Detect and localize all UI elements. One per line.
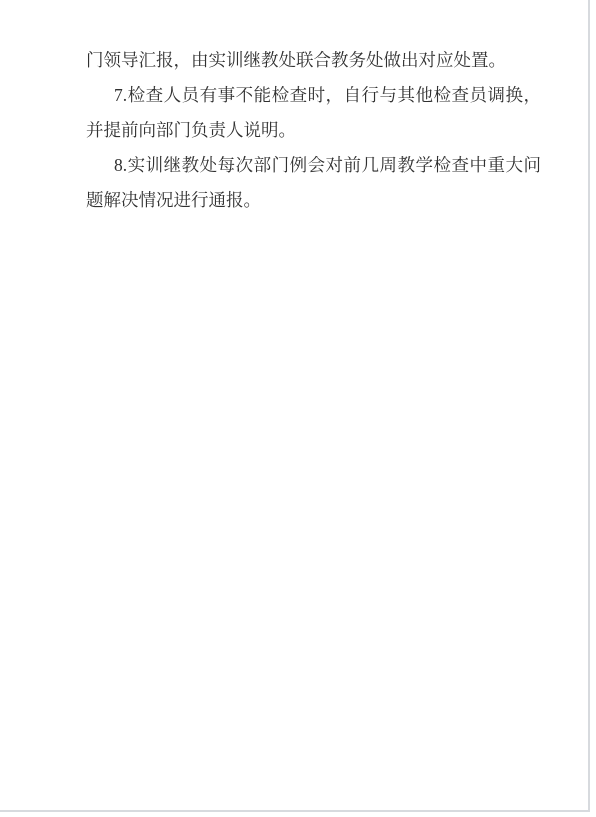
document-line: 7.检查人员有事不能检查时，自行与其他检查员调换， xyxy=(86,78,541,113)
document-line: 题解决情况进行通报。 xyxy=(86,183,541,218)
document-page: 门领导汇报，由实训继教处联合教务处做出对应处置。 7.检查人员有事不能检查时，自… xyxy=(0,0,590,812)
document-line: 门领导汇报，由实训继教处联合教务处做出对应处置。 xyxy=(86,43,541,78)
document-line: 并提前向部门负责人说明。 xyxy=(86,113,541,148)
document-line: 8.实训继教处每次部门例会对前几周教学检查中重大问 xyxy=(86,148,541,183)
document-text-block: 门领导汇报，由实训继教处联合教务处做出对应处置。 7.检查人员有事不能检查时，自… xyxy=(86,43,541,218)
